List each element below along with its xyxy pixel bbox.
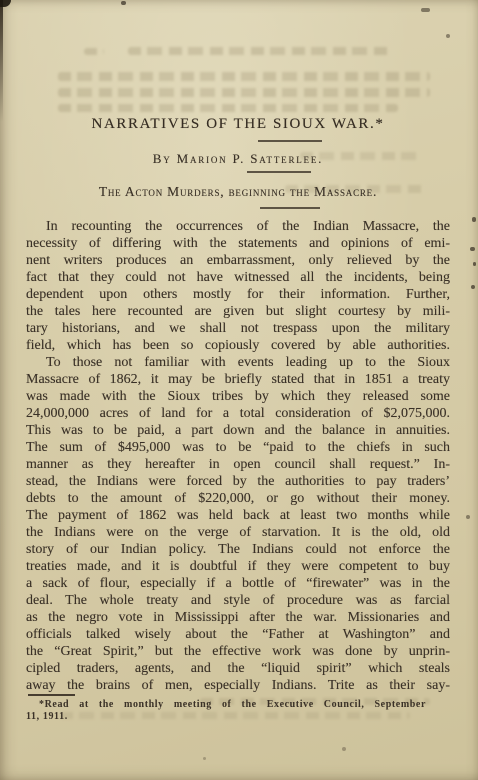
scan-speck <box>470 247 475 251</box>
text-line: To those not familiar with events leadin… <box>26 354 450 371</box>
text-line: debts to the amount of $220,000, or go w… <box>26 490 450 507</box>
text-line: the tales here recounted are given but s… <box>26 303 450 320</box>
text-line: story of our Indian policy. The Indians … <box>26 541 450 558</box>
title-divider-rule <box>258 140 322 142</box>
text-line: manner as they hereafter in open council… <box>26 456 450 473</box>
footnote-rule <box>28 694 75 696</box>
heading-divider-rule <box>260 207 320 209</box>
text-line: deal. The whole treaty and style of proc… <box>26 592 450 609</box>
page-title: NARRATIVES OF THE SIOUX WAR.* <box>26 116 450 133</box>
byline-divider-rule <box>247 171 311 173</box>
text-line: a sack of flour, especially if a bottle … <box>26 575 450 592</box>
scan-speck <box>466 515 470 519</box>
scan-speck <box>473 262 476 266</box>
footnote-line: 11, 1911. <box>26 711 426 723</box>
text-line: Massacre of 1862, it may be briefly stat… <box>26 371 450 388</box>
text-line: In recounting the occurrences of the Ind… <box>26 218 450 235</box>
text-line: was made with the Sioux tribes by which … <box>26 388 450 405</box>
text-line: away the brains of men, especially India… <box>26 677 450 694</box>
text-line: field, which has been so copiously cover… <box>26 337 450 354</box>
section-heading: The Acton Murders, beginning the Massacr… <box>26 184 450 200</box>
text-line: The sum of $495,000 was to be “paid to t… <box>26 439 450 456</box>
scan-speck <box>0 0 11 7</box>
scanned-book-page: NARRATIVES OF THE SIOUX WAR.* By Marion … <box>0 0 478 780</box>
text-line: cipled traders, agents, and the “liquid … <box>26 660 450 677</box>
scan-speck <box>472 217 476 222</box>
text-line: The payment of 1862 was held back at lea… <box>26 507 450 524</box>
text-line: This was to be paid, a part down and the… <box>26 422 450 439</box>
article-body: In recounting the occurrences of the Ind… <box>26 218 450 694</box>
spine-edge-shadow <box>0 0 3 122</box>
text-line: dependent upon others mostly for their i… <box>26 286 450 303</box>
page-content: NARRATIVES OF THE SIOUX WAR.* By Marion … <box>26 0 450 780</box>
text-line: tary historians, and we shall not trespa… <box>26 320 450 337</box>
scan-speck <box>471 285 475 289</box>
text-line: the “Great Spirit,” but the effective wo… <box>26 643 450 660</box>
footnote: *Read at the monthly meeting of the Exec… <box>26 699 426 722</box>
text-line: as the negro vote in Mississippi after t… <box>26 609 450 626</box>
text-line: officials talked wisely about the “Fathe… <box>26 626 450 643</box>
text-line: nent writers produces an embarrassment, … <box>26 252 450 269</box>
byline: By Marion P. Satterlee. <box>26 151 450 167</box>
footnote-line: *Read at the monthly meeting of the Exec… <box>26 699 426 711</box>
text-line: treaties made, and it is doubtful if the… <box>26 558 450 575</box>
text-line: necessity of differing with the statemen… <box>26 235 450 252</box>
text-line: stead, the Indians were forced by the au… <box>26 473 450 490</box>
text-line: fact that they could not have witnessed … <box>26 269 450 286</box>
text-line: 24,000,000 acres of land for a total con… <box>26 405 450 422</box>
text-line: the Indians were on the verge of starvat… <box>26 524 450 541</box>
